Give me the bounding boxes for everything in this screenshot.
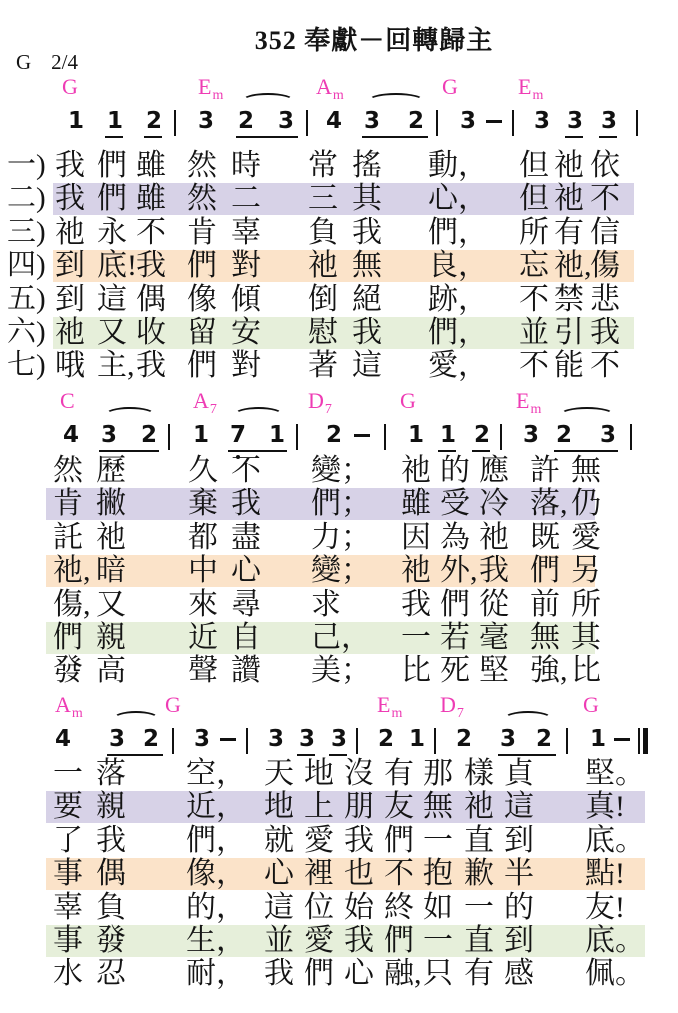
- lyric-cell: 到: [55, 249, 85, 282]
- lyric-row: 五)到這偶像傾倒絕跡，不禁悲: [0, 283, 678, 317]
- lyric-cell: 心: [344, 957, 374, 990]
- note-digit: 1: [193, 422, 209, 448]
- chord-subscript: 7: [325, 402, 332, 417]
- lyric-cell: 對: [231, 249, 261, 282]
- lyric-row: 七)哦主,我們對著這愛，不能不: [0, 349, 678, 383]
- lyric-cell: 就: [264, 824, 294, 857]
- lyric-cell: 時: [231, 149, 261, 182]
- chord-label: G: [442, 76, 458, 98]
- lyric-cell: 無: [571, 454, 601, 487]
- chord-label: Em: [518, 76, 542, 102]
- lyric-cell: 我: [231, 487, 261, 520]
- barline: [296, 424, 298, 450]
- chord-label: G: [583, 694, 599, 716]
- verse-label: 五): [7, 283, 46, 316]
- lyric-cell: 歉: [464, 857, 494, 890]
- lyric-cell: 祂: [554, 182, 584, 215]
- lyric-cell: 高: [96, 654, 126, 687]
- lyric-cell: 始: [344, 891, 374, 924]
- lyric-cell: 雖: [136, 149, 166, 182]
- note-digit: 2: [456, 726, 472, 752]
- note-digit: 1: [107, 108, 123, 134]
- lyric-cell: 並: [264, 924, 294, 957]
- eighth-underline: [105, 136, 123, 138]
- note-digit: 3: [299, 726, 315, 752]
- lyric-row: 事發生，並愛我們一直到底。: [0, 924, 678, 958]
- lyric-cell: 絕: [352, 283, 382, 316]
- lyric-cell: 們: [304, 957, 334, 990]
- barline: [636, 110, 638, 136]
- lyric-cell: 真!: [585, 790, 625, 823]
- tie-arc: [504, 711, 552, 726]
- lyric-cell: 這: [264, 891, 294, 924]
- lyric-cell: 力；: [311, 521, 371, 554]
- half-note-dash: [354, 434, 370, 437]
- lyric-cell: 一: [464, 891, 494, 924]
- note-digit: 1: [269, 422, 285, 448]
- lyric-cell: 棄: [188, 487, 218, 520]
- lyric-cell: 負: [308, 216, 338, 249]
- note-digit: 3: [567, 108, 583, 134]
- lyric-cell: 傾: [231, 283, 261, 316]
- lyric-cell: 無: [423, 790, 453, 823]
- lyric-cell: 雖: [136, 182, 166, 215]
- lyric-cell: 點!: [585, 857, 625, 890]
- lyric-cell: 堅: [479, 654, 509, 687]
- note-digit: 3: [523, 422, 539, 448]
- chord-label: D7: [308, 390, 331, 416]
- lyric-cell: 有: [464, 957, 494, 990]
- eighth-underline: [144, 136, 162, 138]
- lyric-row: 六)祂又收留安慰我們，並引我: [0, 316, 678, 350]
- lyric-cell: 裡: [304, 857, 334, 890]
- note-digit: 3: [278, 108, 294, 134]
- note-digit: 1: [590, 726, 606, 752]
- chord-label: A7: [193, 390, 216, 416]
- lyric-cell: 有: [384, 757, 414, 790]
- lyric-cell: 辜: [53, 891, 83, 924]
- lyric-cell: 水: [53, 957, 83, 990]
- lyric-row: 一)我們雖然時常搖動，但祂依: [0, 149, 678, 183]
- lyric-cell: 近，: [186, 790, 246, 823]
- eighth-underline: [438, 450, 456, 452]
- page-title: 352 奉獻－回轉歸主: [0, 20, 678, 57]
- tie-arc: [113, 711, 159, 726]
- lyric-cell: 終: [384, 891, 414, 924]
- barline: [512, 110, 514, 136]
- chord-label: Em: [377, 694, 401, 720]
- lyric-cell: 祂,: [53, 554, 91, 587]
- lyric-cell: 我: [96, 824, 126, 857]
- lyric-cell: 一: [401, 621, 431, 654]
- lyric-cell: 我: [55, 182, 85, 215]
- chord-label: Am: [316, 76, 343, 102]
- barline: [174, 110, 176, 136]
- lyric-cell: 心: [264, 857, 294, 890]
- lyric-cell: 一: [423, 824, 453, 857]
- lyric-cell: 到: [504, 824, 534, 857]
- lyric-cell: 著: [308, 349, 338, 382]
- note-digit: 3: [500, 726, 516, 752]
- chord-subscript: 7: [457, 706, 464, 721]
- lyric-cell: 到: [55, 283, 85, 316]
- lyric-cell: 了: [53, 824, 83, 857]
- verse-label: 一): [7, 149, 46, 182]
- lyric-cell: 祂: [55, 216, 85, 249]
- lyric-cell: 我: [401, 588, 431, 621]
- lyric-cell: 又: [97, 316, 127, 349]
- lyric-cell: 託: [53, 521, 83, 554]
- lyric-cell: 能: [554, 349, 584, 382]
- chord-label: Em: [198, 76, 222, 102]
- lyric-cell: 無: [530, 621, 560, 654]
- note-digit: 2: [143, 726, 159, 752]
- lyric-row: 二)我們雖然二三其心，但祂不: [0, 182, 678, 216]
- lyric-cell: 親: [96, 621, 126, 654]
- lyric-cell: 受: [440, 487, 470, 520]
- lyric-cell: 負: [96, 891, 126, 924]
- lyric-cell: 偶: [96, 857, 126, 890]
- lyric-cell: 另: [571, 554, 601, 587]
- lyric-cell: 愛，: [428, 349, 488, 382]
- barline: [500, 424, 502, 450]
- lyric-cell: 們，: [186, 824, 246, 857]
- lyric-cell: 友!: [585, 891, 625, 924]
- barline: [172, 728, 174, 754]
- lyric-cell: 強,: [530, 654, 568, 687]
- lyric-cell: 哦: [55, 349, 85, 382]
- lyric-cell: 若: [440, 621, 470, 654]
- lyric-cell: 從: [479, 588, 509, 621]
- note-digit: 1: [68, 108, 84, 134]
- lyric-cell: 倒: [308, 283, 338, 316]
- lyric-cell: 的: [440, 454, 470, 487]
- lyric-cell: 祂: [479, 521, 509, 554]
- lyric-cell: 感: [504, 957, 534, 990]
- lyric-cell: 樣: [464, 757, 494, 790]
- lyric-cell: 發: [96, 924, 126, 957]
- lyric-cell: 不: [519, 349, 549, 382]
- lyric-row: 辜負的，這位始終如一的友!: [0, 891, 678, 925]
- lyric-cell: 的，: [186, 891, 246, 924]
- lyric-cell: 也: [344, 857, 374, 890]
- lyric-row: 託祂都盡力；因為祂既愛: [0, 521, 678, 555]
- chord-subscript: m: [530, 402, 541, 417]
- lyric-cell: 底。: [585, 924, 645, 957]
- lyric-cell: 偶: [136, 283, 166, 316]
- lyric-cell: 美；: [311, 654, 371, 687]
- lyric-row: 傷,又來尋求我們從前所: [0, 588, 678, 622]
- lyric-cell: 天: [264, 757, 294, 790]
- lyric-cell: 信: [590, 216, 620, 249]
- eighth-underline-pair: [228, 450, 287, 452]
- lyric-cell: 然: [187, 149, 217, 182]
- lyric-cell: 們，: [428, 316, 488, 349]
- chord-label: G: [62, 76, 78, 98]
- lyric-cell: 收: [136, 316, 166, 349]
- lyric-cell: 動，: [428, 149, 488, 182]
- note-digit: 3: [268, 726, 284, 752]
- lyric-cell: 堅。: [585, 757, 645, 790]
- lyric-cell: 慰: [308, 316, 338, 349]
- lyric-cell: 們: [440, 588, 470, 621]
- lyric-cell: 們: [97, 182, 127, 215]
- lyric-cell: 們: [384, 824, 414, 857]
- note-digit: 3: [534, 108, 550, 134]
- lyric-cell: 安: [231, 316, 261, 349]
- lyric-cell: 要: [53, 790, 83, 823]
- note-digit: 3: [198, 108, 214, 134]
- lyric-cell: 因: [401, 521, 431, 554]
- chord-label: Em: [516, 390, 540, 416]
- lyric-cell: 祂: [55, 316, 85, 349]
- chord-label: G: [165, 694, 181, 716]
- lyric-cell: 永: [97, 216, 127, 249]
- note-digit: 3: [331, 726, 347, 752]
- lyric-cell: 空，: [186, 757, 246, 790]
- chord-subscript: m: [333, 88, 344, 103]
- lyric-cell: 不: [519, 283, 549, 316]
- lyric-cell: 我: [479, 554, 509, 587]
- note-digit: 3: [109, 726, 125, 752]
- chord-subscript: m: [212, 88, 223, 103]
- lyric-row: 水忍耐，我們心融,只有感佩。: [0, 957, 678, 991]
- lyric-cell: 仍: [571, 487, 601, 520]
- lyric-cell: 我: [344, 924, 374, 957]
- verse-label: 七): [7, 349, 46, 382]
- lyric-cell: 變；: [311, 454, 371, 487]
- lyric-cell: 無: [352, 249, 382, 282]
- lyric-cell: 應: [479, 454, 509, 487]
- lyric-cell: 不: [136, 216, 166, 249]
- lyric-row: 事偶像，心裡也不抱歉半點!: [0, 857, 678, 891]
- lyric-cell: 讚: [231, 654, 261, 687]
- note-digit: 4: [55, 726, 71, 752]
- lyric-row: 了我們，就愛我們一直到底。: [0, 824, 678, 858]
- note-digit: 4: [63, 422, 79, 448]
- lyric-cell: 們: [53, 621, 83, 654]
- lyric-cell: 到: [504, 924, 534, 957]
- lyric-row: 肯撇棄我們；雖受冷落,仍: [0, 487, 678, 521]
- verse-label: 四): [7, 249, 46, 282]
- lyric-row: 祂,暗中心變；祂外,我們另: [0, 554, 678, 588]
- eighth-underline: [297, 754, 315, 756]
- lyric-cell: 一: [423, 924, 453, 957]
- lyric-cell: 外,: [440, 554, 478, 587]
- verse-label: 二): [7, 182, 46, 215]
- tie-arc: [105, 407, 155, 422]
- lyric-cell: 們: [97, 149, 127, 182]
- lyric-cell: 那: [423, 757, 453, 790]
- barline: [630, 424, 632, 450]
- eighth-underline-pair: [107, 754, 163, 756]
- lyric-cell: 二: [231, 182, 261, 215]
- lyric-cell: 留: [187, 316, 217, 349]
- tie-arc: [560, 407, 614, 422]
- chord-label: D7: [440, 694, 463, 720]
- note-digit: 3: [601, 108, 617, 134]
- barline: [566, 728, 568, 754]
- note-digit: 1: [409, 726, 425, 752]
- lyric-cell: 死: [440, 654, 470, 687]
- lyric-cell: 地: [304, 757, 334, 790]
- lyric-cell: 們: [384, 924, 414, 957]
- lyric-cell: 雖: [401, 487, 431, 520]
- lyric-cell: 這: [97, 283, 127, 316]
- lyric-cell: 我: [136, 249, 166, 282]
- eighth-underline: [329, 754, 347, 756]
- lyric-cell: 比: [401, 654, 431, 687]
- lyric-cell: 愛: [304, 824, 334, 857]
- lyric-cell: 祂: [401, 554, 431, 587]
- lyric-cell: 主,: [97, 349, 135, 382]
- lyric-cell: 如: [423, 891, 453, 924]
- lyric-cell: 久: [188, 454, 218, 487]
- lyric-cell: 朋: [344, 790, 374, 823]
- lyric-cell: 其: [571, 621, 601, 654]
- tie-arc: [234, 407, 283, 422]
- chord-subscript: m: [72, 706, 83, 721]
- lyric-cell: 我: [590, 316, 620, 349]
- note-digit: 2: [536, 726, 552, 752]
- note-digit: 1: [408, 422, 424, 448]
- lyric-cell: 並: [519, 316, 549, 349]
- lyric-cell: 搖: [352, 149, 382, 182]
- hymn-sheet-page: 352 奉獻－回轉歸主 G2/4 GEmAmGEm1123234323333一)…: [0, 0, 678, 1013]
- barline: [434, 728, 436, 754]
- eighth-underline-pair: [99, 450, 159, 452]
- lyric-cell: 近: [188, 621, 218, 654]
- lyric-cell: 依: [590, 149, 620, 182]
- lyric-row: 要親近，地上朋友無祂這真!: [0, 790, 678, 824]
- lyric-cell: 事: [53, 857, 83, 890]
- barline: [436, 110, 438, 136]
- lyric-cell: 們；: [311, 487, 371, 520]
- lyric-cell: 忍: [96, 957, 126, 990]
- lyric-cell: 一: [53, 757, 83, 790]
- barline: [246, 728, 248, 754]
- eighth-underline-pair: [498, 754, 556, 756]
- eighth-underline: [565, 136, 583, 138]
- lyric-row: 們親近自己，一若毫無其: [0, 621, 678, 655]
- lyric-cell: 暗: [96, 554, 126, 587]
- barline: [356, 728, 358, 754]
- note-digit: 3: [194, 726, 210, 752]
- lyric-cell: 不: [231, 454, 261, 487]
- lyric-cell: 抱: [423, 857, 453, 890]
- eighth-underline-pair: [236, 136, 298, 138]
- note-digit: 2: [556, 422, 572, 448]
- lyric-cell: 們，: [428, 216, 488, 249]
- lyric-cell: 有: [554, 216, 584, 249]
- time-signature: 2/4: [51, 50, 78, 74]
- lyric-cell: 肯: [53, 487, 83, 520]
- lyric-cell: 祂: [401, 454, 431, 487]
- lyric-cell: 己，: [311, 621, 371, 654]
- note-digit: 2: [408, 108, 424, 134]
- lyric-cell: 變；: [311, 554, 371, 587]
- lyric-cell: 跡，: [428, 283, 488, 316]
- lyric-cell: 既: [530, 521, 560, 554]
- lyric-cell: 我: [136, 349, 166, 382]
- lyric-cell: 佩。: [585, 957, 645, 990]
- lyric-cell: 愛: [571, 521, 601, 554]
- lyric-cell: 忘: [519, 249, 549, 282]
- chord-label: C: [60, 390, 75, 412]
- lyric-cell: 只: [423, 957, 453, 990]
- lyric-cell: 來: [188, 588, 218, 621]
- lyric-cell: 落,: [530, 487, 568, 520]
- lyric-cell: 毫: [479, 621, 509, 654]
- lyric-cell: 中: [188, 554, 218, 587]
- lyric-cell: 都: [188, 521, 218, 554]
- lyric-cell: 我: [55, 149, 85, 182]
- lyric-cell: 這: [504, 790, 534, 823]
- note-digit: 2: [238, 108, 254, 134]
- lyric-cell: 祂: [554, 149, 584, 182]
- lyric-cell: 傷,: [53, 588, 91, 621]
- lyric-cell: 愛: [304, 924, 334, 957]
- lyric-cell: 像: [187, 283, 217, 316]
- lyric-cell: 悲: [590, 283, 620, 316]
- note-digit: 4: [326, 108, 342, 134]
- lyric-cell: 所: [519, 216, 549, 249]
- lyric-cell: 辜: [231, 216, 261, 249]
- lyric-cell: 前: [530, 588, 560, 621]
- lyric-cell: 不: [384, 857, 414, 890]
- note-digit: 3: [364, 108, 380, 134]
- eighth-underline-pair: [362, 136, 428, 138]
- note-digit: 3: [101, 422, 117, 448]
- lyric-cell: 歷: [96, 454, 126, 487]
- lyric-cell: 我: [264, 957, 294, 990]
- eighth-underline: [472, 450, 490, 452]
- tie-arc: [368, 93, 424, 108]
- eighth-underline: [599, 136, 617, 138]
- barline: [168, 424, 170, 450]
- lyric-cell: 對: [231, 349, 261, 382]
- lyric-cell: 禁: [554, 283, 584, 316]
- lyric-cell: 底。: [585, 824, 645, 857]
- lyric-cell: 引: [554, 316, 584, 349]
- lyric-cell: 像，: [186, 857, 246, 890]
- lyric-cell: 我: [352, 216, 382, 249]
- note-digit: 3: [460, 108, 476, 134]
- chord-label: Am: [55, 694, 82, 720]
- note-digit: 3: [600, 422, 616, 448]
- lyric-cell: 友: [384, 790, 414, 823]
- lyric-cell: 我: [344, 824, 374, 857]
- note-digit: 2: [474, 422, 490, 448]
- tie-arc: [242, 93, 294, 108]
- lyric-cell: 們: [530, 554, 560, 587]
- lyric-cell: 上: [304, 790, 334, 823]
- lyric-cell: 又: [96, 588, 126, 621]
- lyric-cell: 直: [464, 824, 494, 857]
- lyric-cell: 直: [464, 924, 494, 957]
- lyric-cell: 發: [53, 654, 83, 687]
- chord-subscript: 7: [210, 402, 217, 417]
- note-digit: 1: [440, 422, 456, 448]
- lyric-cell: 良，: [428, 249, 488, 282]
- lyric-cell: 沒: [344, 757, 374, 790]
- lyric-cell: 們: [187, 249, 217, 282]
- lyric-cell: 然: [53, 454, 83, 487]
- lyric-cell: 生，: [186, 924, 246, 957]
- lyric-cell: 祂: [464, 790, 494, 823]
- barline: [384, 424, 386, 450]
- key-letter: G: [16, 50, 31, 74]
